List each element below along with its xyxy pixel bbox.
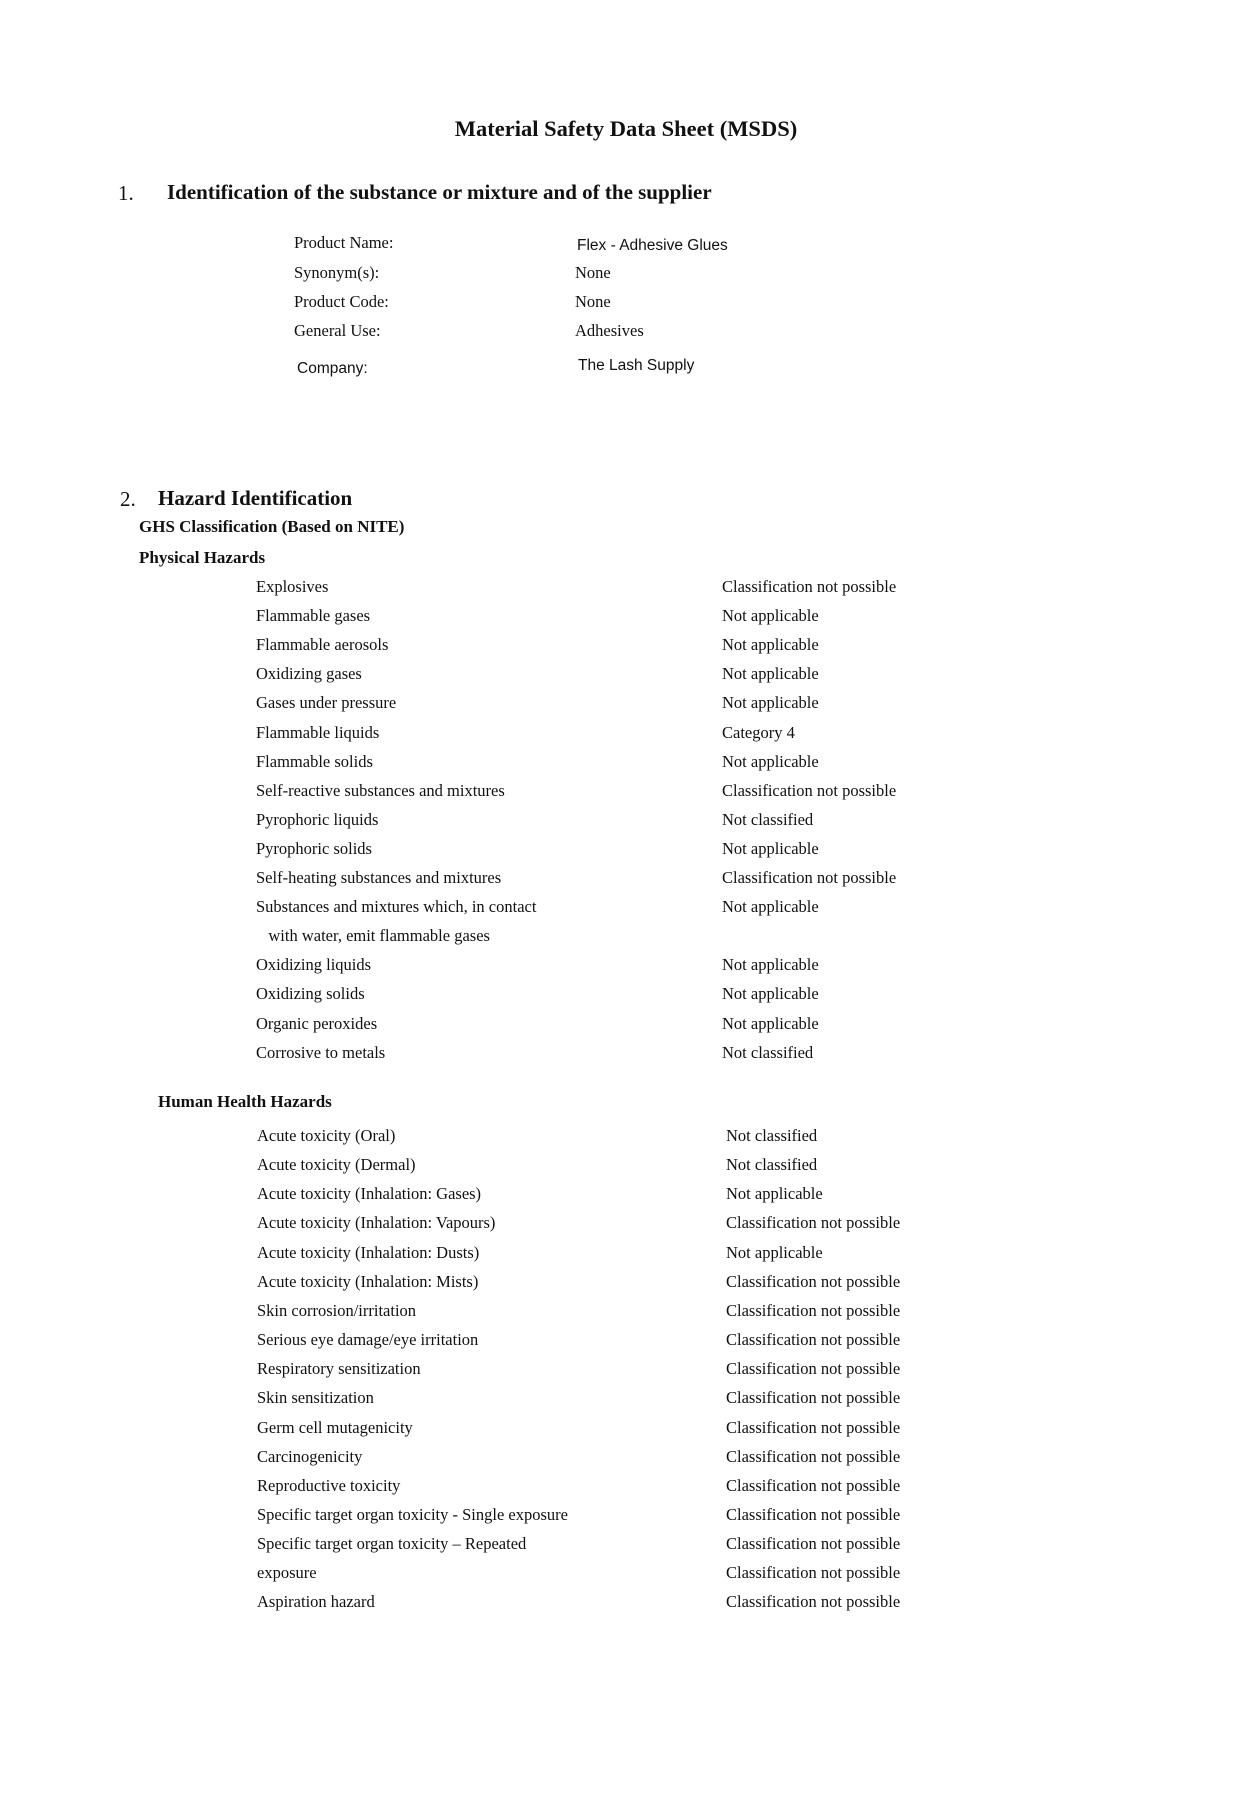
company-value: The Lash Supply: [578, 358, 694, 374]
section-2-title: Hazard Identification: [158, 488, 352, 509]
hazard-classification: Not applicable: [722, 695, 819, 712]
hazard-name: Flammable aerosols: [256, 637, 388, 654]
ghs-classification-heading: GHS Classification (Based on NITE): [139, 518, 404, 535]
hazard-classification: Classification not possible: [722, 783, 896, 800]
hazard-name: Acute toxicity (Inhalation: Vapours): [257, 1215, 495, 1232]
hazard-name: Flammable liquids: [256, 725, 379, 742]
hazard-classification: Classification not possible: [726, 1215, 900, 1232]
document-title: Material Safety Data Sheet (MSDS): [0, 118, 1240, 141]
hazard-name: Acute toxicity (Inhalation: Gases): [257, 1186, 481, 1203]
hazard-name: Germ cell mutagenicity: [257, 1420, 413, 1437]
hazard-classification: Classification not possible: [726, 1361, 900, 1378]
hazard-classification: Classification not possible: [726, 1303, 900, 1320]
hazard-classification: Classification not possible: [726, 1507, 900, 1524]
hazard-name: Skin sensitization: [257, 1390, 374, 1407]
synonyms-value: None: [575, 265, 611, 282]
product-code-label: Product Code:: [294, 294, 389, 311]
hazard-name: Explosives: [256, 579, 328, 596]
hazard-name: Substances and mixtures which, in contac…: [256, 899, 536, 916]
hazard-name: Specific target organ toxicity – Repeate…: [257, 1536, 526, 1553]
hazard-classification: Classification not possible: [726, 1594, 900, 1611]
product-name-label: Product Name:: [294, 235, 393, 252]
hazard-classification: Classification not possible: [726, 1536, 900, 1553]
hazard-name: Reproductive toxicity: [257, 1478, 400, 1495]
hazard-name: Respiratory sensitization: [257, 1361, 421, 1378]
synonyms-label: Synonym(s):: [294, 265, 379, 282]
hazard-classification: Classification not possible: [726, 1274, 900, 1291]
hazard-classification: Not classified: [726, 1157, 817, 1174]
hazard-name: Self-reactive substances and mixtures: [256, 783, 505, 800]
hazard-classification: Classification not possible: [722, 579, 896, 596]
hazard-name: Oxidizing gases: [256, 666, 362, 683]
hazard-classification: Not applicable: [722, 1016, 819, 1033]
hazard-name: Acute toxicity (Dermal): [257, 1157, 416, 1174]
hazard-name: Flammable solids: [256, 754, 373, 771]
hazard-name: Skin corrosion/irritation: [257, 1303, 416, 1320]
hazard-classification: Not applicable: [722, 666, 819, 683]
general-use-label: General Use:: [294, 323, 381, 340]
hazard-name: Self-heating substances and mixtures: [256, 870, 501, 887]
hazard-name: Pyrophoric solids: [256, 841, 372, 858]
hazard-classification: Not classified: [722, 812, 813, 829]
hazard-name: Pyrophoric liquids: [256, 812, 378, 829]
company-label: Company:: [297, 361, 368, 377]
general-use-value: Adhesives: [575, 323, 644, 340]
hazard-classification: Not applicable: [726, 1186, 823, 1203]
hazard-name: Acute toxicity (Inhalation: Dusts): [257, 1245, 479, 1262]
hazard-classification: Not applicable: [722, 986, 819, 1003]
section-1-title: Identification of the substance or mixtu…: [167, 182, 712, 203]
hazard-classification: Classification not possible: [722, 870, 896, 887]
hazard-classification: Not classified: [726, 1128, 817, 1145]
hazard-name: Flammable gases: [256, 608, 370, 625]
product-name-value: Flex - Adhesive Glues: [577, 238, 728, 254]
hazard-classification: Not applicable: [722, 957, 819, 974]
hazard-name: Oxidizing solids: [256, 986, 365, 1003]
hazard-classification: Classification not possible: [726, 1478, 900, 1495]
hazard-name: Gases under pressure: [256, 695, 396, 712]
hazard-name: Corrosive to metals: [256, 1045, 385, 1062]
section-1-number: 1.: [118, 183, 134, 204]
hazard-classification: Not applicable: [726, 1245, 823, 1262]
hazard-classification: Not applicable: [722, 608, 819, 625]
hazard-classification: Not applicable: [722, 899, 819, 916]
hazard-classification: Category 4: [722, 725, 795, 742]
hazard-name: Serious eye damage/eye irritation: [257, 1332, 478, 1349]
physical-hazards-heading: Physical Hazards: [139, 549, 265, 566]
hazard-name: exposure: [257, 1565, 317, 1582]
hazard-name: Oxidizing liquids: [256, 957, 371, 974]
hazard-name: Acute toxicity (Oral): [257, 1128, 395, 1145]
hazard-name: Organic peroxides: [256, 1016, 377, 1033]
hazard-name: Acute toxicity (Inhalation: Mists): [257, 1274, 478, 1291]
hazard-classification: Classification not possible: [726, 1420, 900, 1437]
hazard-name: with water, emit flammable gases: [256, 928, 490, 945]
hazard-name: Specific target organ toxicity - Single …: [257, 1507, 568, 1524]
hazard-classification: Not applicable: [722, 841, 819, 858]
hazard-classification: Not classified: [722, 1045, 813, 1062]
hazard-classification: Classification not possible: [726, 1332, 900, 1349]
hazard-classification: Classification not possible: [726, 1449, 900, 1466]
hazard-name: Carcinogenicity: [257, 1449, 362, 1466]
hazard-name: Aspiration hazard: [257, 1594, 375, 1611]
section-2-number: 2.: [120, 489, 136, 510]
hazard-classification: Not applicable: [722, 754, 819, 771]
hazard-classification: Classification not possible: [726, 1390, 900, 1407]
hazard-classification: Not applicable: [722, 637, 819, 654]
product-code-value: None: [575, 294, 611, 311]
hazard-classification: Classification not possible: [726, 1565, 900, 1582]
human-health-hazards-heading: Human Health Hazards: [158, 1093, 332, 1110]
